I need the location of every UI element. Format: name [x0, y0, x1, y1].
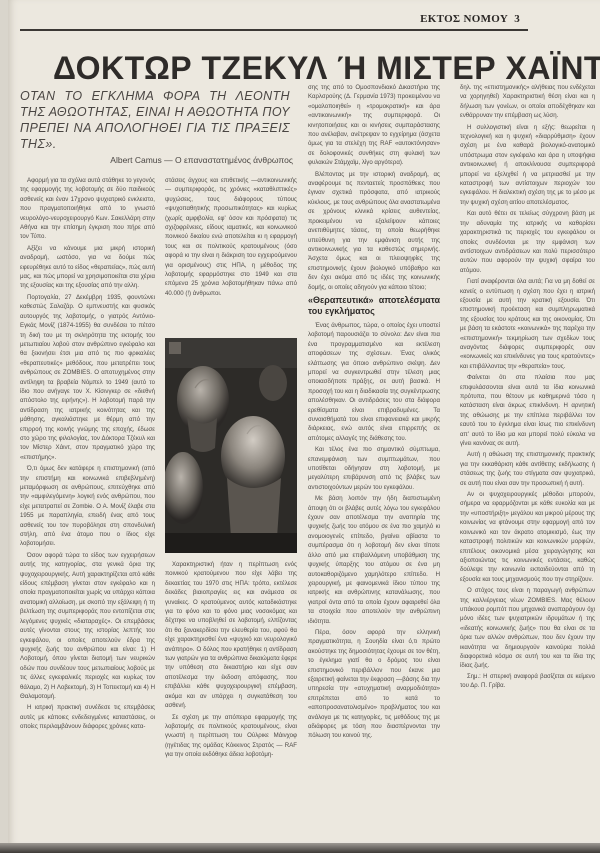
paragraph: Με βάση λοιπόν την ήδη διαπιστωμένη άποψ…: [308, 494, 440, 626]
article-title: ΔΟΚΤΩΡ ΤΖΕΚΥΛ Ή ΜΙΣΤΕΡ ΧΑΪΝΤ;: [53, 50, 553, 87]
paragraph: στάσεις άγχους και επιθετικής —αντικοινω…: [165, 176, 297, 298]
mannequin-heads-image: [165, 338, 297, 553]
paragraph: δηλ. της «επιστημονικής» αλήθειας που εν…: [460, 83, 595, 121]
article-deck: ΟΤΑΝ ΤΟ ΕΓΚΛΗΜΑ ΦΟΡΑ ΤΗ ΛΕΟΝΤΗ ΤΗΣ ΑΘΩΟΤ…: [20, 88, 290, 152]
paragraph: Αυτή η αθώωση της επιστημονικής πρακτική…: [460, 450, 595, 488]
paragraph: σης της από το Ομοσπονδιακό Δικαστήριο τ…: [308, 83, 440, 168]
column-4: δηλ. της «επιστημονικής» αλήθειας που εν…: [460, 83, 595, 763]
running-header: ΕΚΤΟΣ ΝΟΜΟΥ 3: [420, 13, 520, 25]
paragraph: Φαίνεται ότι στα πλαίσια που μας επιφυλά…: [460, 373, 595, 448]
paragraph: Η ιατρική πρακτική συνέδεσε τις επεμβάσε…: [20, 703, 155, 731]
page-number: 3: [514, 13, 520, 25]
paragraph: Βλέποντας με την ιστορική αναδρομή, ας α…: [308, 170, 440, 292]
paragraph: Ό,τι όμως δεν κατάφερε η επιστημονική (α…: [20, 464, 155, 549]
paragraph: Η συλλογιστική είναι η εξής: θεωρείται η…: [460, 123, 595, 208]
photo-caption: Χαρακτηριστική ήταν η περίπτωση ενός ποι…: [165, 560, 297, 711]
paragraph: Πέρα, όσον αφορά την ελληνική πραγματικό…: [308, 628, 440, 741]
quote-attribution: Albert Camus — Ο επαναστατημένος άνθρωπο…: [88, 155, 293, 165]
page-edge-shadow: [0, 843, 600, 853]
magazine-page: ΕΚΤΟΣ ΝΟΜΟΥ 3 ΔΟΚΤΩΡ ΤΖΕΚΥΛ Ή ΜΙΣΤΕΡ ΧΑΪ…: [8, 0, 600, 845]
section-subheading: «Θεραπευτικά» αποτελέσματα του εγκλήματο…: [308, 295, 440, 317]
paragraph: Ο στόχος τους είναι η παραγωγή ανθρώπων …: [460, 586, 595, 671]
paragraph: Σε σχέση με την απόπειρα εφαρμογής της λ…: [165, 713, 297, 760]
paragraph: Αν οι ψυχοχειρουργικές μέθοδοι μπορούν, …: [460, 490, 595, 584]
paragraph: Πορτογαλία, 27 Δεκέμβρη 1935, φουντώνει …: [20, 293, 155, 462]
article-photo: [165, 338, 297, 553]
column-3: σης της από το Ομοσπονδιακό Δικαστήριο τ…: [308, 83, 440, 818]
section-name: ΕΚΤΟΣ ΝΟΜΟΥ: [420, 13, 508, 25]
paragraph: Και τέλος ένα πιο σημαντικό σύμπτωμα, επ…: [308, 445, 440, 492]
header-rule: [20, 29, 528, 31]
paragraph: Ένας άνθρωπος, τώρα, ο οποίος έχει υποστ…: [308, 321, 440, 443]
column-1: Αφορμή για τα σχόλια αυτά στάθηκε το γεγ…: [20, 176, 155, 816]
column-2-bottom: Χαρακτηριστική ήταν η περίπτωση ενός ποι…: [165, 560, 297, 818]
paragraph: Γιατί αναφέρονται όλα αυτά; Για να μη δο…: [460, 277, 595, 371]
column-2-top: στάσεις άγχους και επιθετικής —αντικοινω…: [165, 176, 297, 316]
paragraph: Αξίζει να κάνουμε μια μικρή ιστορική ανα…: [20, 244, 155, 291]
footnote: Σημ.: Η σπερική αναφορά βασίζεται σε κεί…: [460, 673, 595, 692]
paragraph: Αφορμή για τα σχόλια αυτά στάθηκε το γεγ…: [20, 176, 155, 242]
paragraph: Και αυτό θέτει σε τελείως σύγχρονη βάση …: [460, 209, 595, 275]
paragraph: Όσον αφορά τώρα το είδος των εγχειρήσεων…: [20, 551, 155, 702]
